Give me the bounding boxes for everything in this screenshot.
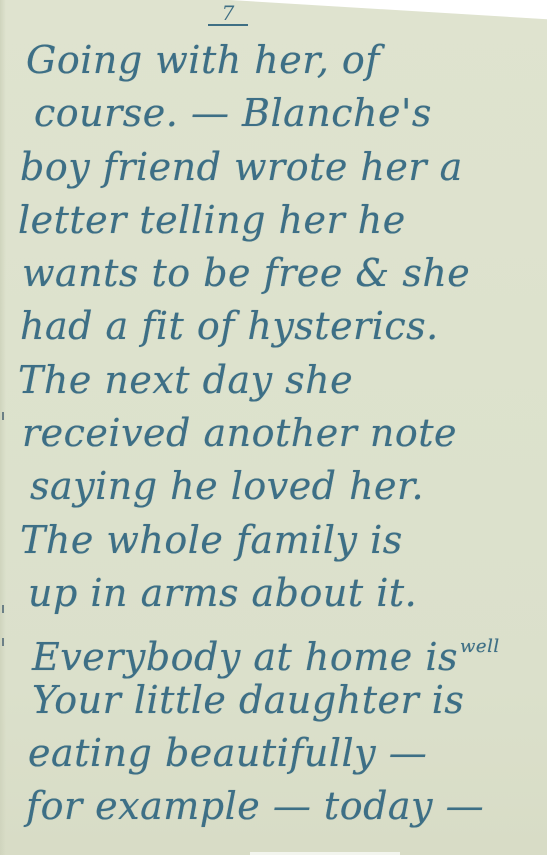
paper-left-edge [0, 0, 6, 855]
handwritten-line: eating beautifully — [18, 727, 537, 780]
handwritten-line: for example — today — [18, 780, 537, 833]
handwritten-line: letter telling her he [18, 194, 537, 247]
margin-insert: well [460, 636, 500, 657]
handwritten-line: The next day she [18, 354, 537, 407]
handwritten-line: up in arms about it. [18, 567, 537, 620]
handwritten-line: received another note [18, 407, 537, 460]
handwritten-line: wants to be free & she [18, 247, 537, 300]
handwritten-line: saying he loved her. [18, 460, 537, 513]
margin-mark [2, 605, 4, 613]
letter-body: Going with her, of course. — Blanche's b… [18, 34, 537, 833]
margin-mark [2, 412, 4, 420]
handwritten-line: Your little daughter is [18, 674, 537, 727]
handwritten-line: course. — Blanche's [18, 87, 537, 140]
handwritten-line: Everybody at home iswell [18, 620, 537, 673]
handwritten-line: The whole family is [18, 514, 537, 567]
scan-corner-gap [230, 0, 547, 20]
handwritten-line: Going with her, of [18, 34, 537, 87]
letter-page: 7 Going with her, of course. — Blanche's… [0, 0, 547, 855]
handwritten-line: had a fit of hysterics. [18, 300, 537, 353]
margin-mark [2, 638, 4, 646]
handwritten-line: boy friend wrote her a [18, 141, 537, 194]
page-number: 7 [208, 2, 248, 26]
